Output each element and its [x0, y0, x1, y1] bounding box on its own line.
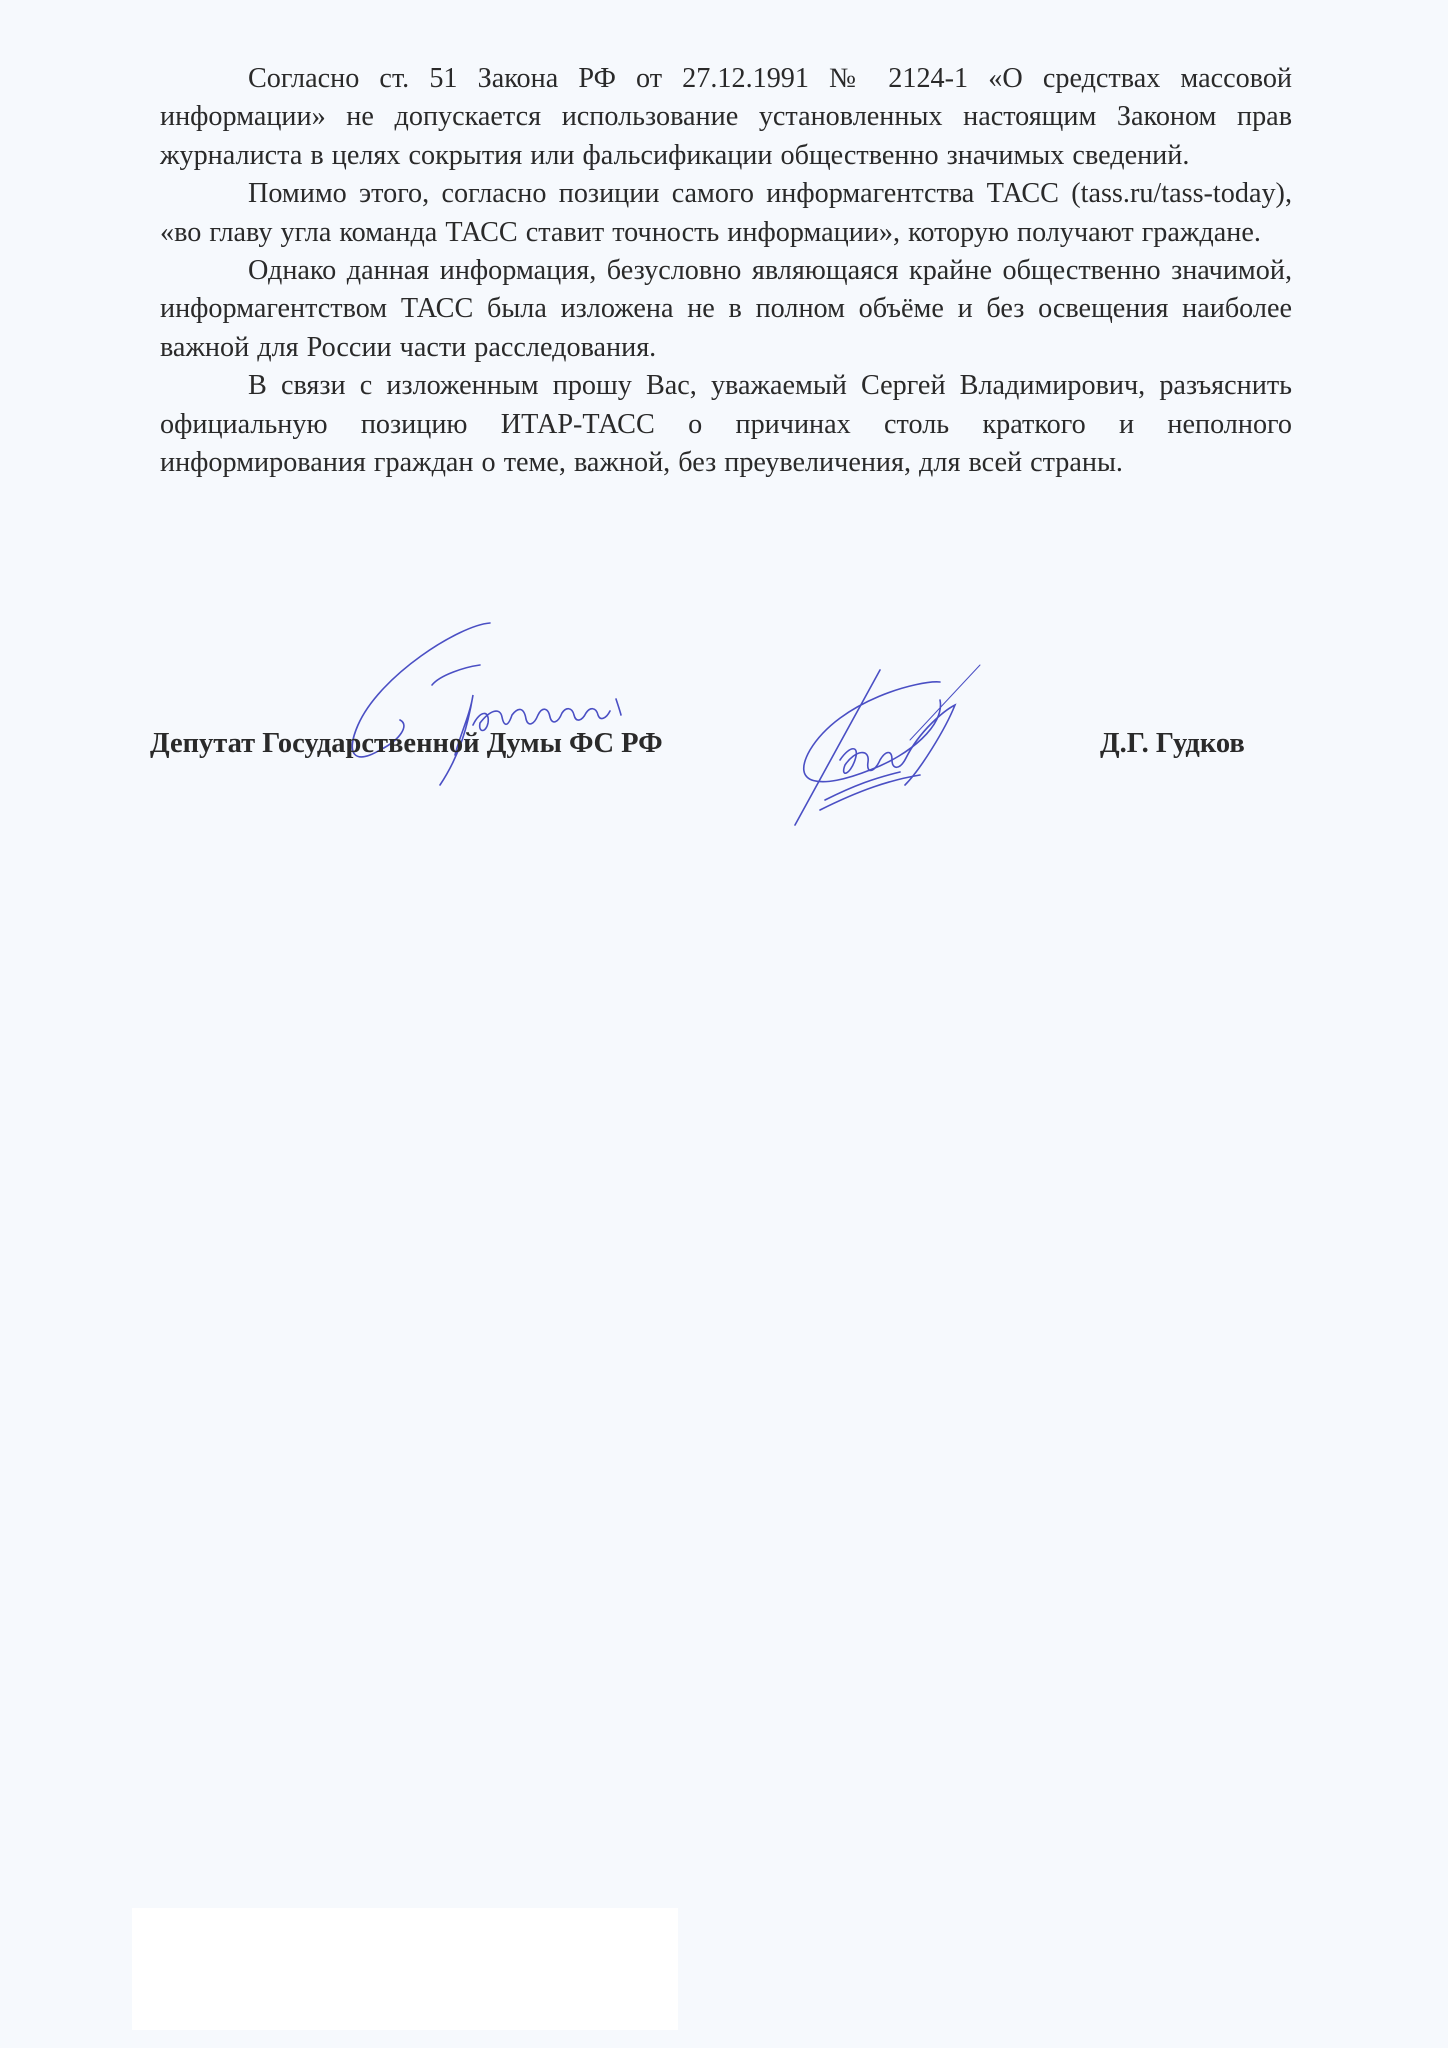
letter-body: Согласно ст. 51 Закона РФ от 27.12.1991 … — [160, 60, 1292, 482]
paragraph-tass-position: Помимо этого, согласно позиции самого ин… — [160, 175, 1292, 252]
signatory-name: Д.Г. Гудков — [1100, 728, 1245, 760]
signatory-title: Депутат Государственной Думы ФС РФ — [150, 728, 663, 760]
redaction-box — [132, 1908, 678, 2030]
paragraph-law-reference: Согласно ст. 51 Закона РФ от 27.12.1991 … — [160, 60, 1292, 175]
paragraph-incomplete-coverage: Однако данная информация, безусловно явл… — [160, 252, 1292, 367]
paragraph-request: В связи с изложенным прошу Вас, уважаемы… — [160, 367, 1292, 482]
signature-block: Депутат Государственной Думы ФС РФ Д.Г. … — [150, 728, 1290, 772]
